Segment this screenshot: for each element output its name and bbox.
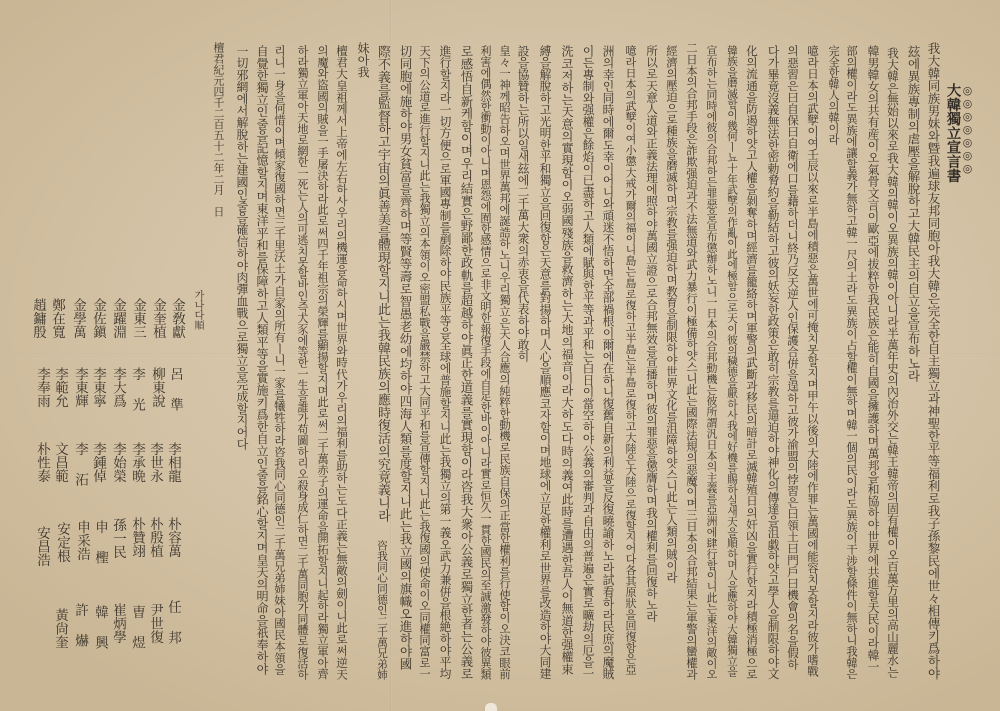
declaration-column: 自覺한獨立인줄을記憶할지며東洋平和를保障하고人類平等을實施키爲한自立인줄을銘心할… — [253, 45, 271, 675]
declaration-column: 韓男韓女의共有産이오氣骨文言이歐亞에拔粹한我民族은能히自國을擁護하며萬邦을和協하… — [864, 45, 882, 673]
declaration-column: 檀君大皇祖께서上帝에左右하사우리의機運을命하시며世界와時代가우리의福利를助하는도… — [333, 45, 351, 680]
signatory-name: 鄭在寬 — [49, 298, 65, 339]
declaration-column: 二日本의合邦手段은詐欺强迫과不法無道와武力暴行이極備하얏스니此는國際法規의惡魔이… — [683, 42, 701, 680]
signatory-name: 金敎獻 — [169, 298, 185, 339]
declaration-column: 我大韓은無始以來로我大韓의韓이오異族의韓이아니라半萬年史의內治外交는韓王韓帝의固… — [884, 47, 902, 678]
title-ornament-circles: ◎◎◎◎◎◎◎ — [961, 84, 973, 175]
signatory-name: 朴殷植 — [147, 517, 163, 558]
declaration-column: 一切邪網에서解脫하는建國인줄을確信하야肉彈血戰으로獨立을完成할지어다 — [233, 45, 251, 450]
signatory-name: 申檉 — [92, 520, 108, 581]
signatory-name: 朴贊翊 — [129, 517, 145, 558]
signatory-name: 李沰 — [72, 442, 88, 503]
signatory-name: 任邦 — [165, 600, 181, 661]
declaration-column: 我大韓同族男妹와曁我遍球友邦同胞아我大韓은完全한自主獨立과神聖한平等福利로我子孫… — [924, 42, 942, 680]
signatory-name: 曺煜 — [129, 605, 145, 666]
declaration-column: 噫라日本의武孼이여小懲大戒가爾의福이니島는島로復하고半島는半島로復하고大陸은大陸… — [621, 45, 639, 675]
signatory-name: 金學萬 — [70, 298, 86, 339]
signatory-name: 李奉雨 — [34, 367, 50, 408]
signatory-name: 金佐鎭 — [90, 298, 106, 339]
signatory-name: 金奎植 — [150, 298, 166, 339]
declaration-column: 天下의公道로進行할지니此는我獨立의本領이오密盟私戰을嚴禁하고大同平和를宣傳할지니… — [416, 45, 434, 679]
signatory-name: 朴容萬 — [165, 517, 181, 558]
signatory-name: 韓興 — [92, 605, 108, 666]
signatory-name: 李世永 — [147, 442, 163, 483]
signatory-name: 孫一民 — [110, 518, 126, 559]
signatory-order-note: 가나다順 — [188, 290, 206, 330]
signatory-name: 金躍淵 — [110, 298, 126, 339]
declaration-column: 리니一身을何惜이며傾家復國하면三千里沃土가自家의所有ㅣ니一家를犧牲하라咨我同心同… — [271, 45, 289, 675]
declaration-column: 의惡習은曰自保曰自衛에口를藉하더니終乃反天逆人인保護合倂을逞하고彼가渝盟의悖習은… — [784, 45, 802, 670]
declaration-column: 皇々一神께昭告하오며世界萬邦에誕誥하노니우리獨立은天人合應의純粹한動機로民族自保… — [496, 45, 514, 679]
declaration-column: 進行할지라一切方便으로軍國專制를剷除하야民族平等을全球에普施할지니此는我獨立의第… — [436, 45, 454, 680]
declaration-column: 다가畢竟沒義無法한密勅脅約을勒結하고彼의妖妄한政策은敢히宗教를逼迫하야神化의傳達… — [764, 45, 782, 680]
declaration-column: 際不義를監督하고宇宙의眞善美를體現할지니此는我韓民族의應時復活의究竟義니라 — [373, 45, 391, 522]
declaration-column: 完全한韓人의韓이라 — [824, 45, 842, 145]
declaration-document: ◎◎◎◎◎◎◎ 大韓獨立宣言書 我大韓同族男妹와曁我遍球友邦同胞아我大韓은完全한… — [0, 0, 1000, 711]
signatory-name: 朴性泰 — [34, 442, 50, 483]
declaration-column: 洗코저하는天意의實現함이오弱國殘族을救濟하는大地의福音이라大하도다時의義여此時를… — [558, 45, 576, 675]
signatory-name: 黃尙奎 — [52, 608, 68, 649]
declaration-column: 所以로天意人道와正義法理에照하야萬國立證으로合邦無效를宣播하며彼의罪惡을懲膺하며… — [643, 45, 661, 622]
signatory-name: 李大爲 — [110, 367, 126, 408]
signatory-name: 尹世復 — [147, 603, 163, 644]
declaration-column: 設을協贊하는所以일새玆에二千萬大衆의赤衷을代表하야敢히 — [514, 45, 532, 362]
declaration-column: 利害에偶然한衝動이아니며恩怨에囿한感情으로非文明한報復手段에自足한바이아니라實로… — [476, 45, 494, 680]
signatory-name: 崔炳學 — [110, 603, 126, 644]
declaration-column: 洲의幸인同時에爾도幸이어니와頑迷不悟하면全部禍根이爾에在하니復舊自新의利益을反復… — [599, 45, 617, 680]
declaration-column: 宣布하는同時에彼의合邦하든罪惡을宣布懲辦하노니一日本의合邦動機는彼所謂汎日本의主… — [702, 45, 720, 680]
paper-damage-spot — [485, 703, 497, 711]
signatory-name: 李東輝 — [72, 367, 88, 408]
declaration-column: 韓族을磨滅함이幾何ㅣ뇨十年武孼의作亂이此에極함으로天이彼의穢德을厭하사我에好機를… — [723, 45, 741, 677]
declaration-column: 의魔와盜國의賊을一手屠決하라此로써四千年祖宗의榮輝를顯揚할지며此로써二千萬赤子의… — [314, 45, 332, 679]
signatory-name: 呂準 — [167, 367, 183, 428]
declaration-column: 經濟의壓迫으로種族을磨滅하며宗教를强迫하며教育을制限하야世界文化를沮障하얏스니此… — [663, 45, 681, 583]
declaration-date: 檀君紀元四千二百五十二年二月 日 — [209, 42, 227, 217]
signatory-name: 金東三 — [130, 298, 146, 339]
signatory-name: 趙鏞殷 — [30, 298, 46, 339]
declaration-column: 로感悟自新케함이며우리結實은野鄙한政軌를超越하야眞正한道義를實現함이라咨我大衆아… — [457, 45, 475, 680]
declaration-column: 部의權이라도異族에讓할義가無하고韓一尺의土라도異族이占할權이無하며韓一個의民이라… — [843, 45, 861, 679]
declaration-column: 하라獨立軍아天地로網한一死는人의可逃치못할바인즉犬豕에等한一生을誰가苟圖하리오殺… — [293, 45, 311, 680]
document-title: 大韓獨立宣言書 — [944, 83, 962, 183]
declaration-column: 噫라日本의武孼이여壬辰以來로半島에積惡은萬世에可掩치못할지며甲午以後의大陸에作罪… — [804, 45, 822, 677]
declaration-column: 縛을解脫하고光明한平和獨立을回復함은天意를對揚하며人心을順應코자함이며地球에立足… — [536, 45, 554, 680]
signatory-name: 李始榮 — [110, 442, 126, 483]
declaration-column: 妹아我 — [354, 42, 372, 78]
signatory-name: 李鍾倬 — [90, 442, 106, 483]
signatory-name: 柳東說 — [149, 367, 165, 408]
signatory-name: 李範允 — [52, 367, 68, 408]
signatory-name: 李光 — [129, 367, 145, 428]
declaration-column: 切同胞에施하야男女貧富를齊하며等賢等壽로智愚老幼에均하야四海人類를度할지니此는我… — [396, 45, 414, 670]
signatory-name: 李東寧 — [90, 367, 106, 408]
signatory-name: 李相龍 — [165, 442, 181, 483]
signatory-name: 安定根 — [54, 522, 70, 563]
signatory-name: 申采浩 — [74, 520, 90, 561]
declaration-column: 이든專制와强權은餘焰이已盡하고人類에賦與한平等과平和는白日이當空하야公義의審判과… — [579, 45, 597, 680]
signatory-name: 許爀 — [72, 603, 88, 664]
signatory-name: 李承晩 — [129, 442, 145, 483]
declaration-column: 玆에異族專制의虐壓을解脫하고大韓民主의自立을宣布하노라 — [904, 45, 922, 382]
signatory-name: 安昌浩 — [34, 526, 50, 567]
declaration-column: 咨我同心同德인二千萬兄弟姉 — [373, 540, 391, 680]
declaration-column: 化의流通을防遏하얏고人權을剝奪하며經濟를籠絡하며軍警의武斷과移民의暗計로滅韓殖日… — [743, 45, 761, 680]
signatory-name: 文昌範 — [52, 442, 68, 483]
